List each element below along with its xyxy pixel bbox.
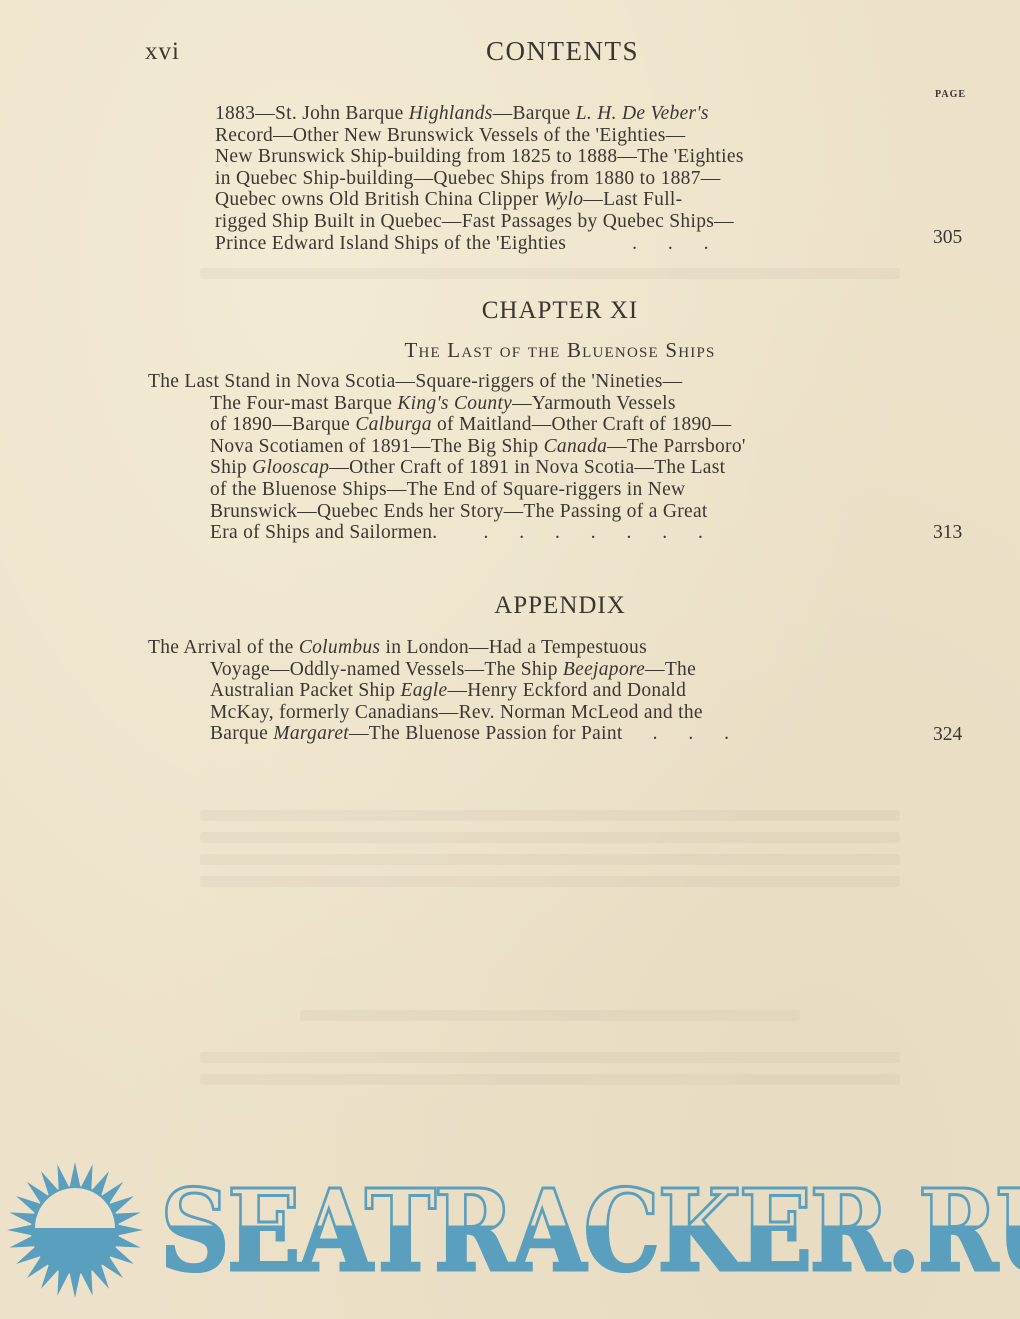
dot-leader: . . . [653,723,729,744]
toc-line: Australian Packet Ship Eagle—Henry Eckfo… [148,680,915,702]
ship-name: Wylo [544,189,583,210]
chapter-title: The Last of the Bluenose Ships [0,338,1020,363]
ship-name: Glooscap [252,457,329,478]
ship-name: Beejapore [563,659,645,680]
dot-leader: . . . . . . . [483,522,702,543]
toc-line: in Quebec Ship-building—Quebec Ships fro… [215,168,915,190]
show-through-line [200,832,900,843]
show-through-line [300,1010,800,1021]
toc-line: The Arrival of the Columbus in London—Ha… [148,637,915,659]
ship-name: Columbus [299,637,381,658]
toc-line: 1883—St. John Barque Highlands—Barque L.… [215,103,915,125]
toc-entry-chapter-xi: The Last Stand in Nova Scotia—Square-rig… [148,371,915,544]
ship-name: Highlands [409,103,493,124]
watermark-text: SEATRACKER.RU [160,1176,1020,1288]
toc-line: of 1890—Barque Calburga of Maitland—Othe… [148,414,915,436]
toc-line: Brunswick—Quebec Ends her Story—The Pass… [148,501,915,523]
toc-line: Ship Glooscap—Other Craft of 1891 in Nov… [148,457,915,479]
toc-line: Voyage—Oddly-named Vessels—The Ship Beej… [148,659,915,681]
page-number: 305 [933,227,962,249]
ship-name: King's County [397,393,512,414]
toc-line: of the Bluenose Ships—The End of Square-… [148,479,915,501]
dot-leader: . . . [632,233,708,254]
show-through-line [200,1052,900,1063]
appendix-heading: APPENDIX [0,592,1020,620]
ship-name: Margaret [273,723,349,744]
toc-line: McKay, formerly Canadians—Rev. Norman Mc… [148,702,915,724]
ship-name: Canada [544,436,608,457]
page-number: 324 [933,724,962,746]
running-head: CONTENTS [0,36,1020,67]
toc-line: Record—Other New Brunswick Vessels of th… [215,125,915,147]
ship-name: Calburga [355,414,431,435]
toc-line: The Last Stand in Nova Scotia—Square-rig… [148,371,915,393]
toc-line: Era of Ships and Sailormen.. . . . . . . [148,522,915,544]
ship-name: L. H. De Veber's [576,103,709,124]
toc-entry-chapter-x-continued: 1883—St. John Barque Highlands—Barque L.… [215,103,915,254]
ship-name: Eagle [401,680,448,701]
page-column-label: PAGE [935,89,966,100]
toc-entry-appendix: The Arrival of the Columbus in London—Ha… [148,637,915,745]
toc-line: rigged Ship Built in Quebec—Fast Passage… [215,211,915,233]
page-number: 313 [933,522,962,544]
show-through-line [200,876,900,887]
show-through-line [200,268,900,279]
toc-line: Quebec owns Old British China Clipper Wy… [215,189,915,211]
chapter-heading: CHAPTER XI [0,297,1020,325]
toc-line: Prince Edward Island Ships of the 'Eight… [215,233,915,255]
toc-line: The Four-mast Barque King's County—Yarmo… [148,393,915,415]
show-through-line [200,1074,900,1085]
toc-line: Barque Margaret—The Bluenose Passion for… [148,723,915,745]
toc-line: New Brunswick Ship-building from 1825 to… [215,146,915,168]
toc-line: Nova Scotiamen of 1891—The Big Ship Cana… [148,436,915,458]
show-through-line [200,810,900,821]
show-through-line [200,854,900,865]
